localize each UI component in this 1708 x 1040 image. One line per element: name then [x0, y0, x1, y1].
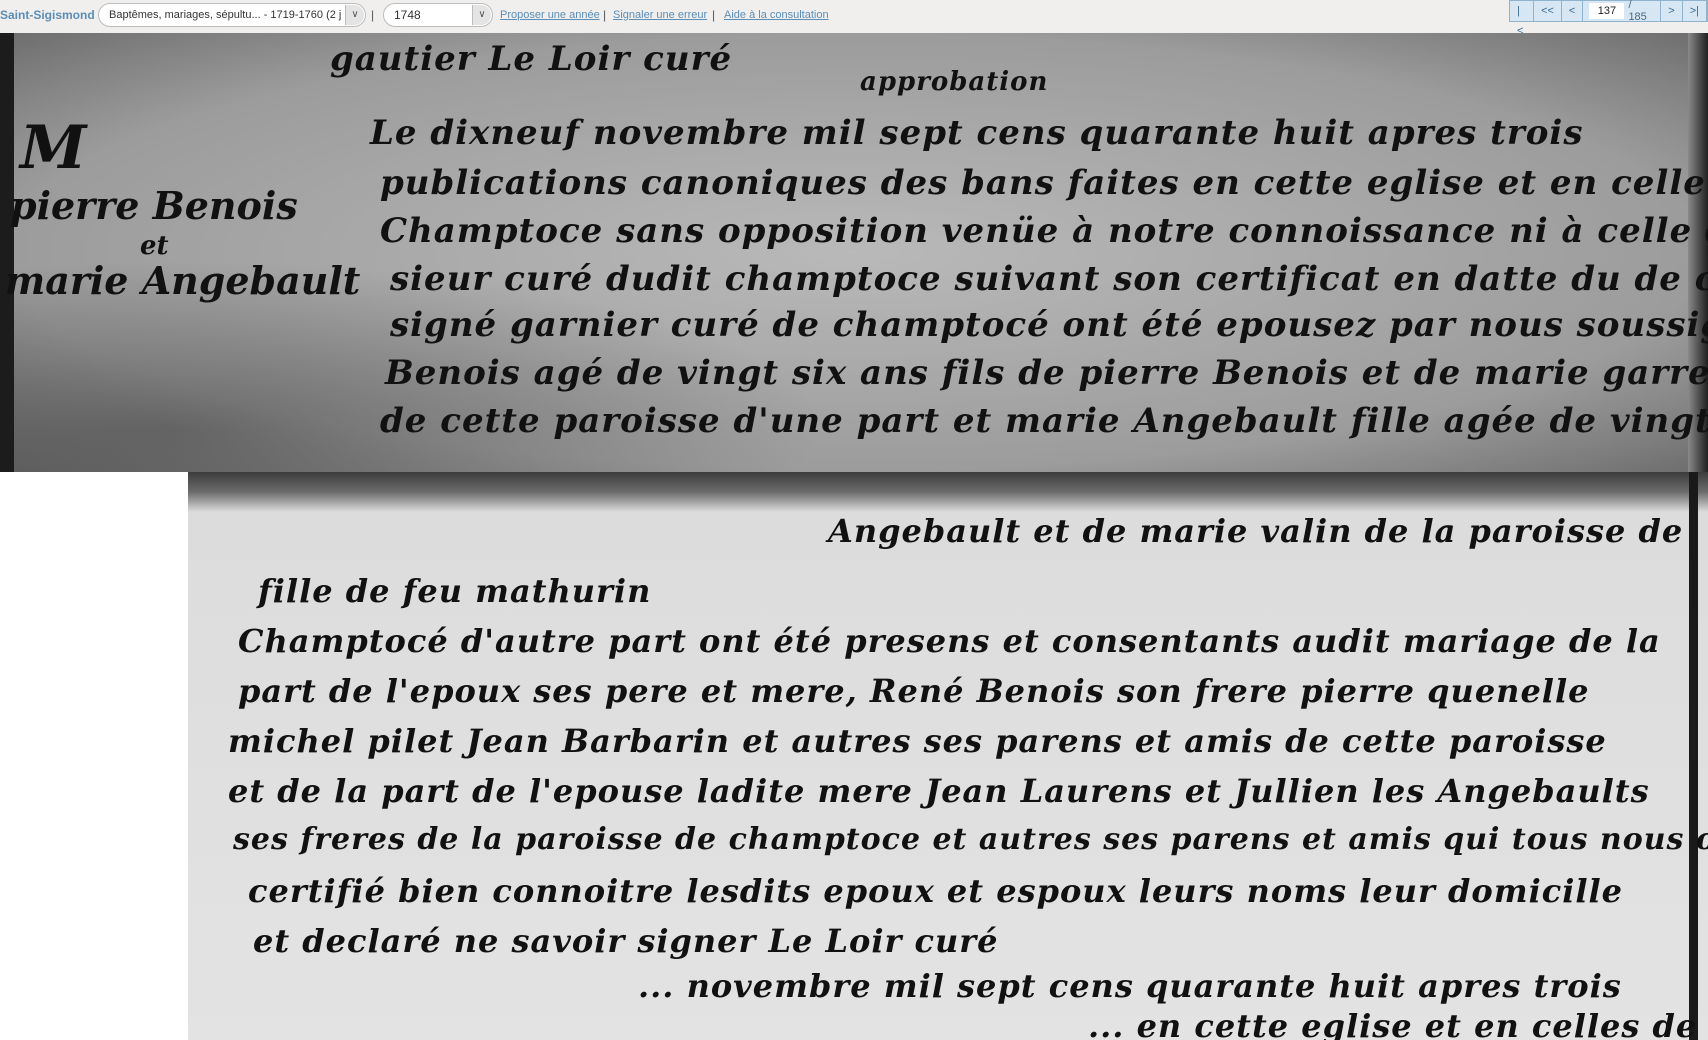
handwritten-line: et declaré ne savoir signer Le Loir curé [253, 922, 999, 960]
margin-groom-name: pierre Benois [10, 183, 298, 228]
page-info: 137 / 185 [1583, 1, 1661, 21]
margin-initial: M [20, 113, 86, 183]
chevron-down-icon[interactable]: ∨ [472, 5, 491, 25]
next-page-button[interactable]: > [1661, 1, 1682, 21]
handwritten-line: ... en cette eglise et en celles de [1088, 1007, 1697, 1040]
report-error-link[interactable]: Signaler une erreur [613, 9, 707, 21]
year-select[interactable]: 1748 ∨ [383, 3, 493, 27]
handwritten-line: ses freres de la paroisse de champtoce e… [233, 822, 1708, 857]
fast-previous-button[interactable]: << [1534, 1, 1562, 21]
handwritten-line: fille de feu mathurin [258, 572, 651, 610]
previous-page-button[interactable]: < [1562, 1, 1583, 21]
handwritten-line: ... novembre mil sept cens quarante huit… [638, 967, 1622, 1005]
propose-year-link[interactable]: Proposer une année [500, 9, 600, 21]
handwritten-line: Le dixneuf novembre mil sept cens quaran… [370, 113, 1584, 153]
page-number-input[interactable]: 137 [1589, 3, 1624, 19]
image-border [1689, 472, 1698, 1040]
register-select[interactable]: Baptêmes, mariages, sépultu... - 1719-17… [98, 3, 366, 27]
margin-bride-name: marie Angebault [5, 258, 360, 303]
page-navigator: |< << < 137 / 185 > >| [1509, 0, 1708, 22]
chevron-down-icon[interactable]: ∨ [345, 5, 364, 25]
handwritten-line: publications canoniques des bans faites … [380, 163, 1708, 203]
handwritten-line: certifié bien connoitre lesdits epoux et… [248, 872, 1623, 910]
page-total: / 185 [1628, 0, 1652, 23]
separator: | [712, 8, 715, 22]
handwritten-line: Champtoce sans opposition venüe à notre … [380, 211, 1708, 251]
first-page-button[interactable]: |< [1510, 1, 1534, 21]
viewer-toolbar: Saint-Sigismond Baptêmes, mariages, sépu… [0, 0, 1708, 33]
handwritten-line: signé garnier curé de champtocé ont été … [390, 305, 1708, 345]
handwritten-line: sieur curé dudit champtoce suivant son c… [390, 259, 1708, 299]
handwritten-line: part de l'epoux ses pere et mere, René B… [238, 672, 1589, 710]
handwritten-line: Benois agé de vingt six ans fils de pier… [385, 353, 1708, 393]
last-page-button[interactable]: >| [1683, 1, 1707, 21]
separator: | [371, 8, 374, 22]
handwritten-line: approbation [860, 67, 1048, 97]
image-border [0, 33, 14, 472]
register-image-bottom[interactable]: Angebault et de marie valin de la parois… [188, 472, 1708, 1040]
commune-name: Saint-Sigismond [0, 8, 95, 22]
separator: | [603, 8, 606, 22]
handwritten-line: gautier Le Loir curé [330, 39, 732, 79]
register-image-top[interactable]: M pierre Benois et marie Angebault gauti… [0, 33, 1708, 472]
handwritten-line: michel pilet Jean Barbarin et autres ses… [228, 722, 1607, 760]
handwritten-line: de cette paroisse d'une part et marie An… [380, 401, 1708, 441]
handwritten-line: Champtocé d'autre part ont été presens e… [238, 622, 1661, 660]
handwritten-line: Angebault et de marie valin de la parois… [828, 512, 1683, 550]
handwritten-line: et de la part de l'epouse ladite mere Je… [228, 772, 1650, 810]
register-select-value: Baptêmes, mariages, sépultu... - 1719-17… [109, 4, 341, 26]
margin-et: et [140, 231, 169, 261]
help-link[interactable]: Aide à la consultation [724, 9, 829, 21]
year-select-value: 1748 [394, 8, 421, 22]
